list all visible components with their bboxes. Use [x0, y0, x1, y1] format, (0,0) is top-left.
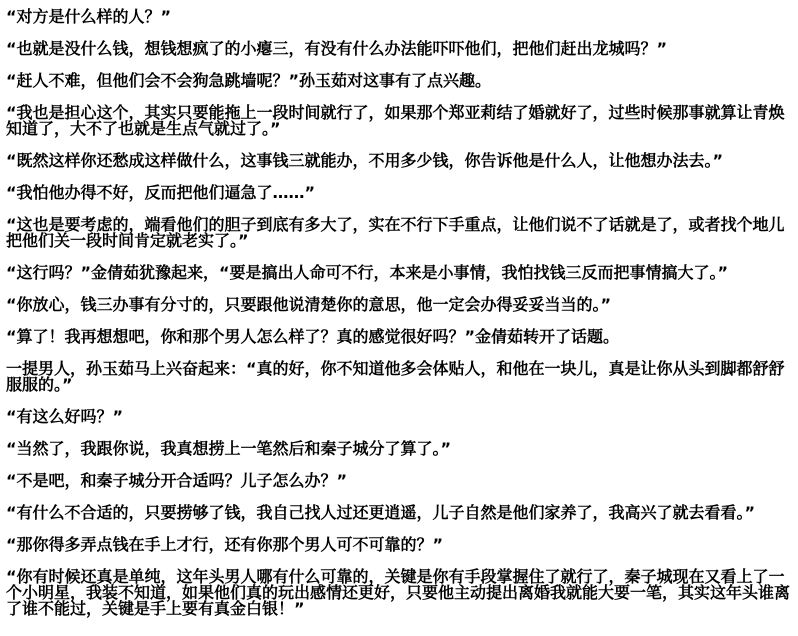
paragraph: “有什么不合适的，只要捞够了钱，我自己找人过还更逍遥，儿子自然是他们家养了，我高… — [6, 505, 794, 521]
paragraph: “既然这样你还愁成这样做什么，这事钱三就能办，不用多少钱，你告诉他是什么人，让他… — [6, 153, 794, 169]
paragraph: “你放心，钱三办事有分寸的，只要跟他说清楚你的意思，他一定会办得妥妥当当的。” — [6, 297, 794, 313]
paragraph: “这行吗？”金倩茹犹豫起来，“要是搞出人命可不行，本来是小事情，我怕找钱三反而把… — [6, 265, 794, 281]
paragraph: “不是吧，和秦子城分开合适吗？儿子怎么办？” — [6, 473, 794, 489]
paragraph: “也就是没什么钱，想钱想疯了的小瘪三，有没有什么办法能吓吓他们，把他们赶出龙城吗… — [6, 41, 794, 57]
paragraph: “这也是要考虑的，端看他们的胆子到底有多大了，实在不行下手重点，让他们说不了话就… — [6, 217, 794, 249]
novel-text-page: “对方是什么样的人？” “也就是没什么钱，想钱想疯了的小瘪三，有没有什么办法能吓… — [0, 0, 798, 636]
paragraph: “那你得多弄点钱在手上才行，还有你那个男人可不可靠的？” — [6, 537, 794, 553]
paragraph: “赶人不难，但他们会不会狗急跳墙呢？”孙玉茹对这事有了点兴趣。 — [6, 73, 794, 89]
paragraph: “我也是担心这个，其实只要能拖上一段时间就行了，如果那个郑亚莉结了婚就好了，过些… — [6, 105, 794, 137]
paragraph: 一提男人，孙玉茹马上兴奋起来：“真的好，你不知道他多会体贴人，和他在一块儿，真是… — [6, 361, 794, 393]
paragraph: “当然了，我跟你说，我真想捞上一笔然后和秦子城分了算了。” — [6, 441, 794, 457]
paragraph: “算了！我再想想吧，你和那个男人怎么样了？真的感觉很好吗？”金倩茹转开了话题。 — [6, 329, 794, 345]
paragraph: “我怕他办得不好，反而把他们逼急了……” — [6, 185, 794, 201]
paragraph: “对方是什么样的人？” — [6, 9, 794, 25]
paragraph: “有这么好吗？” — [6, 409, 794, 425]
paragraph: “你有时候还真是单纯，这年头男人哪有什么可靠的，关键是你有手段掌握住了就行了，秦… — [6, 569, 794, 617]
